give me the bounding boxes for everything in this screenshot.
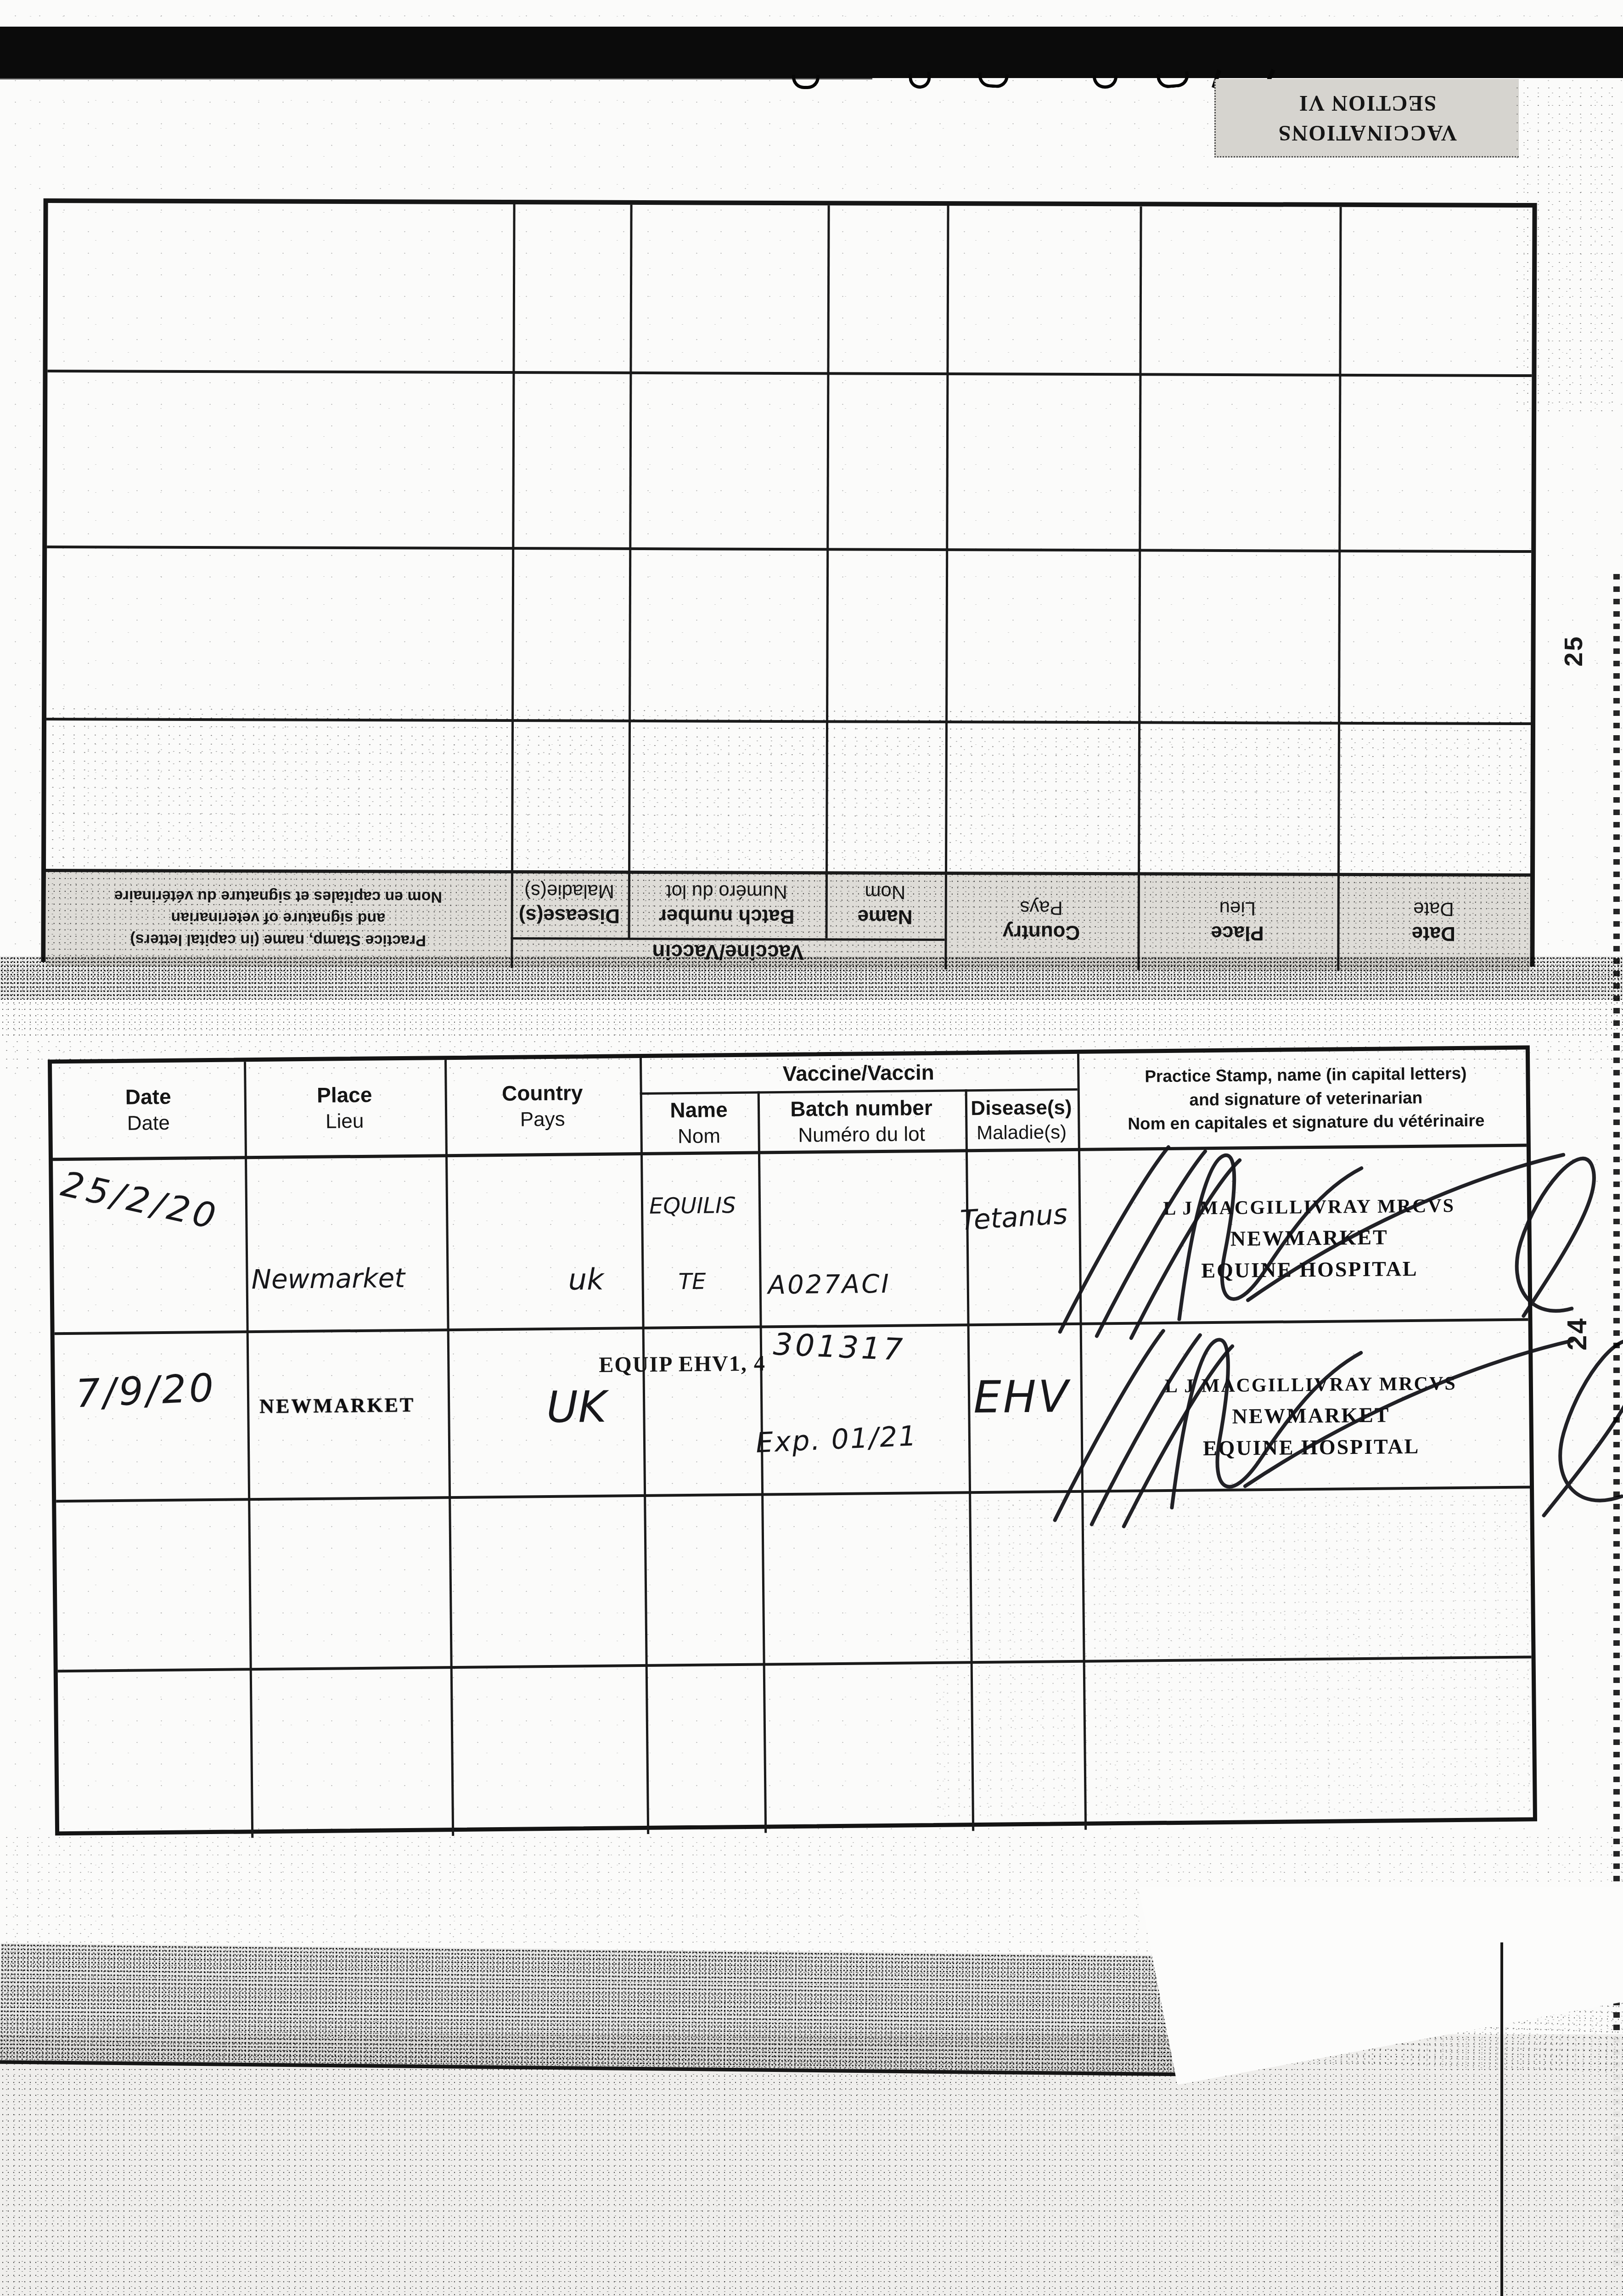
flipped-header-country: Country Pays <box>944 873 1138 968</box>
flipped-header-place-text: Place Lieu <box>1211 896 1264 946</box>
header-stamp-line1: Practice Stamp, name (in capital letters… <box>1145 1062 1467 1089</box>
header-date-en: Date <box>125 1084 171 1110</box>
page-number-25: 25 <box>1558 635 1588 666</box>
ink-fragment <box>1093 75 1118 89</box>
header-name-en: Name <box>670 1097 728 1124</box>
header-place-en: Place <box>317 1082 372 1109</box>
ink-fragment <box>1157 71 1190 89</box>
flipped-header-place: Place Lieu <box>1137 873 1337 968</box>
scan-artifact-line <box>0 77 872 79</box>
header-batch-en: Batch number <box>659 904 795 929</box>
flipped-header-name: Name Nom <box>826 872 945 937</box>
section-label-text: VACCINATIONS SECTION VI <box>1216 79 1519 156</box>
entry1-vaccine-name-line1: EQUILIS <box>649 1193 736 1219</box>
entry1-vaccine-name-line2: TE <box>678 1269 706 1295</box>
header-batch-fr: Numéro du lot <box>659 879 795 904</box>
gutter-noise-medium <box>0 1000 1623 1036</box>
section-label-box: VACCINATIONS SECTION VI <box>1214 79 1519 158</box>
gutter-noise-dense <box>0 956 1623 1000</box>
entry2-vaccine-name: EQUIP EHV1, 4 <box>599 1351 766 1377</box>
table-gridline <box>47 370 1532 377</box>
entry2-country: UK <box>546 1382 607 1433</box>
header-stamp-line1: Practice Stamp, name (in capital letters… <box>114 929 442 951</box>
header-place-fr: Lieu <box>1211 896 1264 921</box>
vaccination-table: Date Date Place Lieu Country Pays Vaccin… <box>48 1045 1537 1835</box>
table-gridline <box>640 1058 649 1834</box>
flipped-header-date-text: Date Date <box>1412 897 1456 946</box>
bottom-noise-main <box>0 2034 1623 2296</box>
table-gridline <box>758 1092 767 1833</box>
header-disease-en: Disease(s) <box>971 1095 1072 1121</box>
header-country-fr: Pays <box>1002 895 1080 920</box>
table-gridline <box>244 1062 253 1838</box>
entry1-date: 25/2/20 <box>57 1163 223 1238</box>
vaccination-table-upside-down: Practice Stamp, name (in capital letters… <box>41 198 1537 967</box>
bottom-dark-band <box>0 1943 1194 2076</box>
entry1-country: uk <box>568 1263 604 1297</box>
header-batch-en: Batch number <box>790 1095 932 1122</box>
header-country-en: Country <box>502 1080 583 1107</box>
entry2-batch-expiry: Exp. 01/21 <box>755 1420 918 1459</box>
header-date-fr: Date <box>1412 897 1456 921</box>
header-stamp-line3: Nom en capitales et signature du vétérin… <box>114 884 442 907</box>
header-place: Place Lieu <box>244 1060 445 1156</box>
ink-fragment <box>977 73 1009 89</box>
header-date: Date Date <box>52 1062 245 1158</box>
header-date-en: Date <box>1412 921 1456 946</box>
header-name: Name Nom <box>640 1094 758 1152</box>
header-country-en: Country <box>1002 920 1080 945</box>
header-date-fr: Date <box>127 1110 170 1136</box>
flipped-header-batch-text: Batch number Numéro du lot <box>659 879 795 929</box>
scan-noise-band <box>928 1490 1538 1827</box>
header-disease-en: Disease(s) <box>519 903 620 929</box>
flipped-header-country-text: Country Pays <box>1002 895 1080 945</box>
flipped-header-name-text: Name Nom <box>858 880 913 930</box>
header-place-en: Place <box>1211 920 1264 945</box>
table-gridline <box>444 1060 454 1836</box>
flipped-header-date: Date Date <box>1337 874 1530 969</box>
flipped-header-practice-stamp-text: Practice Stamp, name (in capital letters… <box>114 884 443 951</box>
section-label-line-vaccinations: VACCINATIONS <box>1278 118 1457 147</box>
scanned-vaccination-record-page: VACCINATIONS SECTION VI Practice Stamp, … <box>0 0 1623 2296</box>
header-name-fr: Nom <box>858 880 913 905</box>
flipped-header-practice-stamp: Practice Stamp, name (in capital letters… <box>45 870 511 966</box>
header-name-en: Name <box>858 904 913 929</box>
scan-noise-band <box>46 703 1531 873</box>
header-batch-fr: Numéro du lot <box>798 1121 925 1148</box>
header-disease-fr: Maladie(s) <box>519 879 620 903</box>
header-name-fr: Nom <box>678 1123 720 1149</box>
page-number-24: 24 <box>1561 1317 1593 1351</box>
header-country-fr: Pays <box>520 1106 565 1132</box>
entry2-date: 7/9/20 <box>75 1365 217 1417</box>
table-gridline <box>47 546 1531 553</box>
flipped-header-batch: Batch number Numéro du lot <box>628 872 826 937</box>
flipped-header-disease-text: Disease(s) Maladie(s) <box>519 879 620 929</box>
entry2-place-stamp: NEWMARKET <box>259 1393 416 1418</box>
flipped-header-disease: Disease(s) Maladie(s) <box>511 872 628 936</box>
scan-top-black-bar <box>0 27 1623 78</box>
ink-fragment <box>908 72 932 90</box>
header-batch: Batch number Numéro du lot <box>758 1092 966 1151</box>
header-stamp-line2: and signature of veterinarian <box>1189 1086 1422 1112</box>
entry2-batch-number: 301317 <box>773 1327 906 1367</box>
entry1-batch-number: A027ACI <box>768 1269 891 1300</box>
header-place-fr: Lieu <box>326 1109 364 1134</box>
header-stamp-line2: and signature of veterinarian <box>114 906 442 929</box>
entry1-place: Newmarket <box>251 1262 405 1295</box>
header-vaccine-group: Vaccine/Vaccin <box>640 1054 1078 1092</box>
section-label-line-section-vi: SECTION VI <box>1298 88 1437 118</box>
header-country: Country Pays <box>444 1058 640 1154</box>
ink-fragment <box>792 75 820 89</box>
page-edge-line <box>1500 1942 1503 2296</box>
